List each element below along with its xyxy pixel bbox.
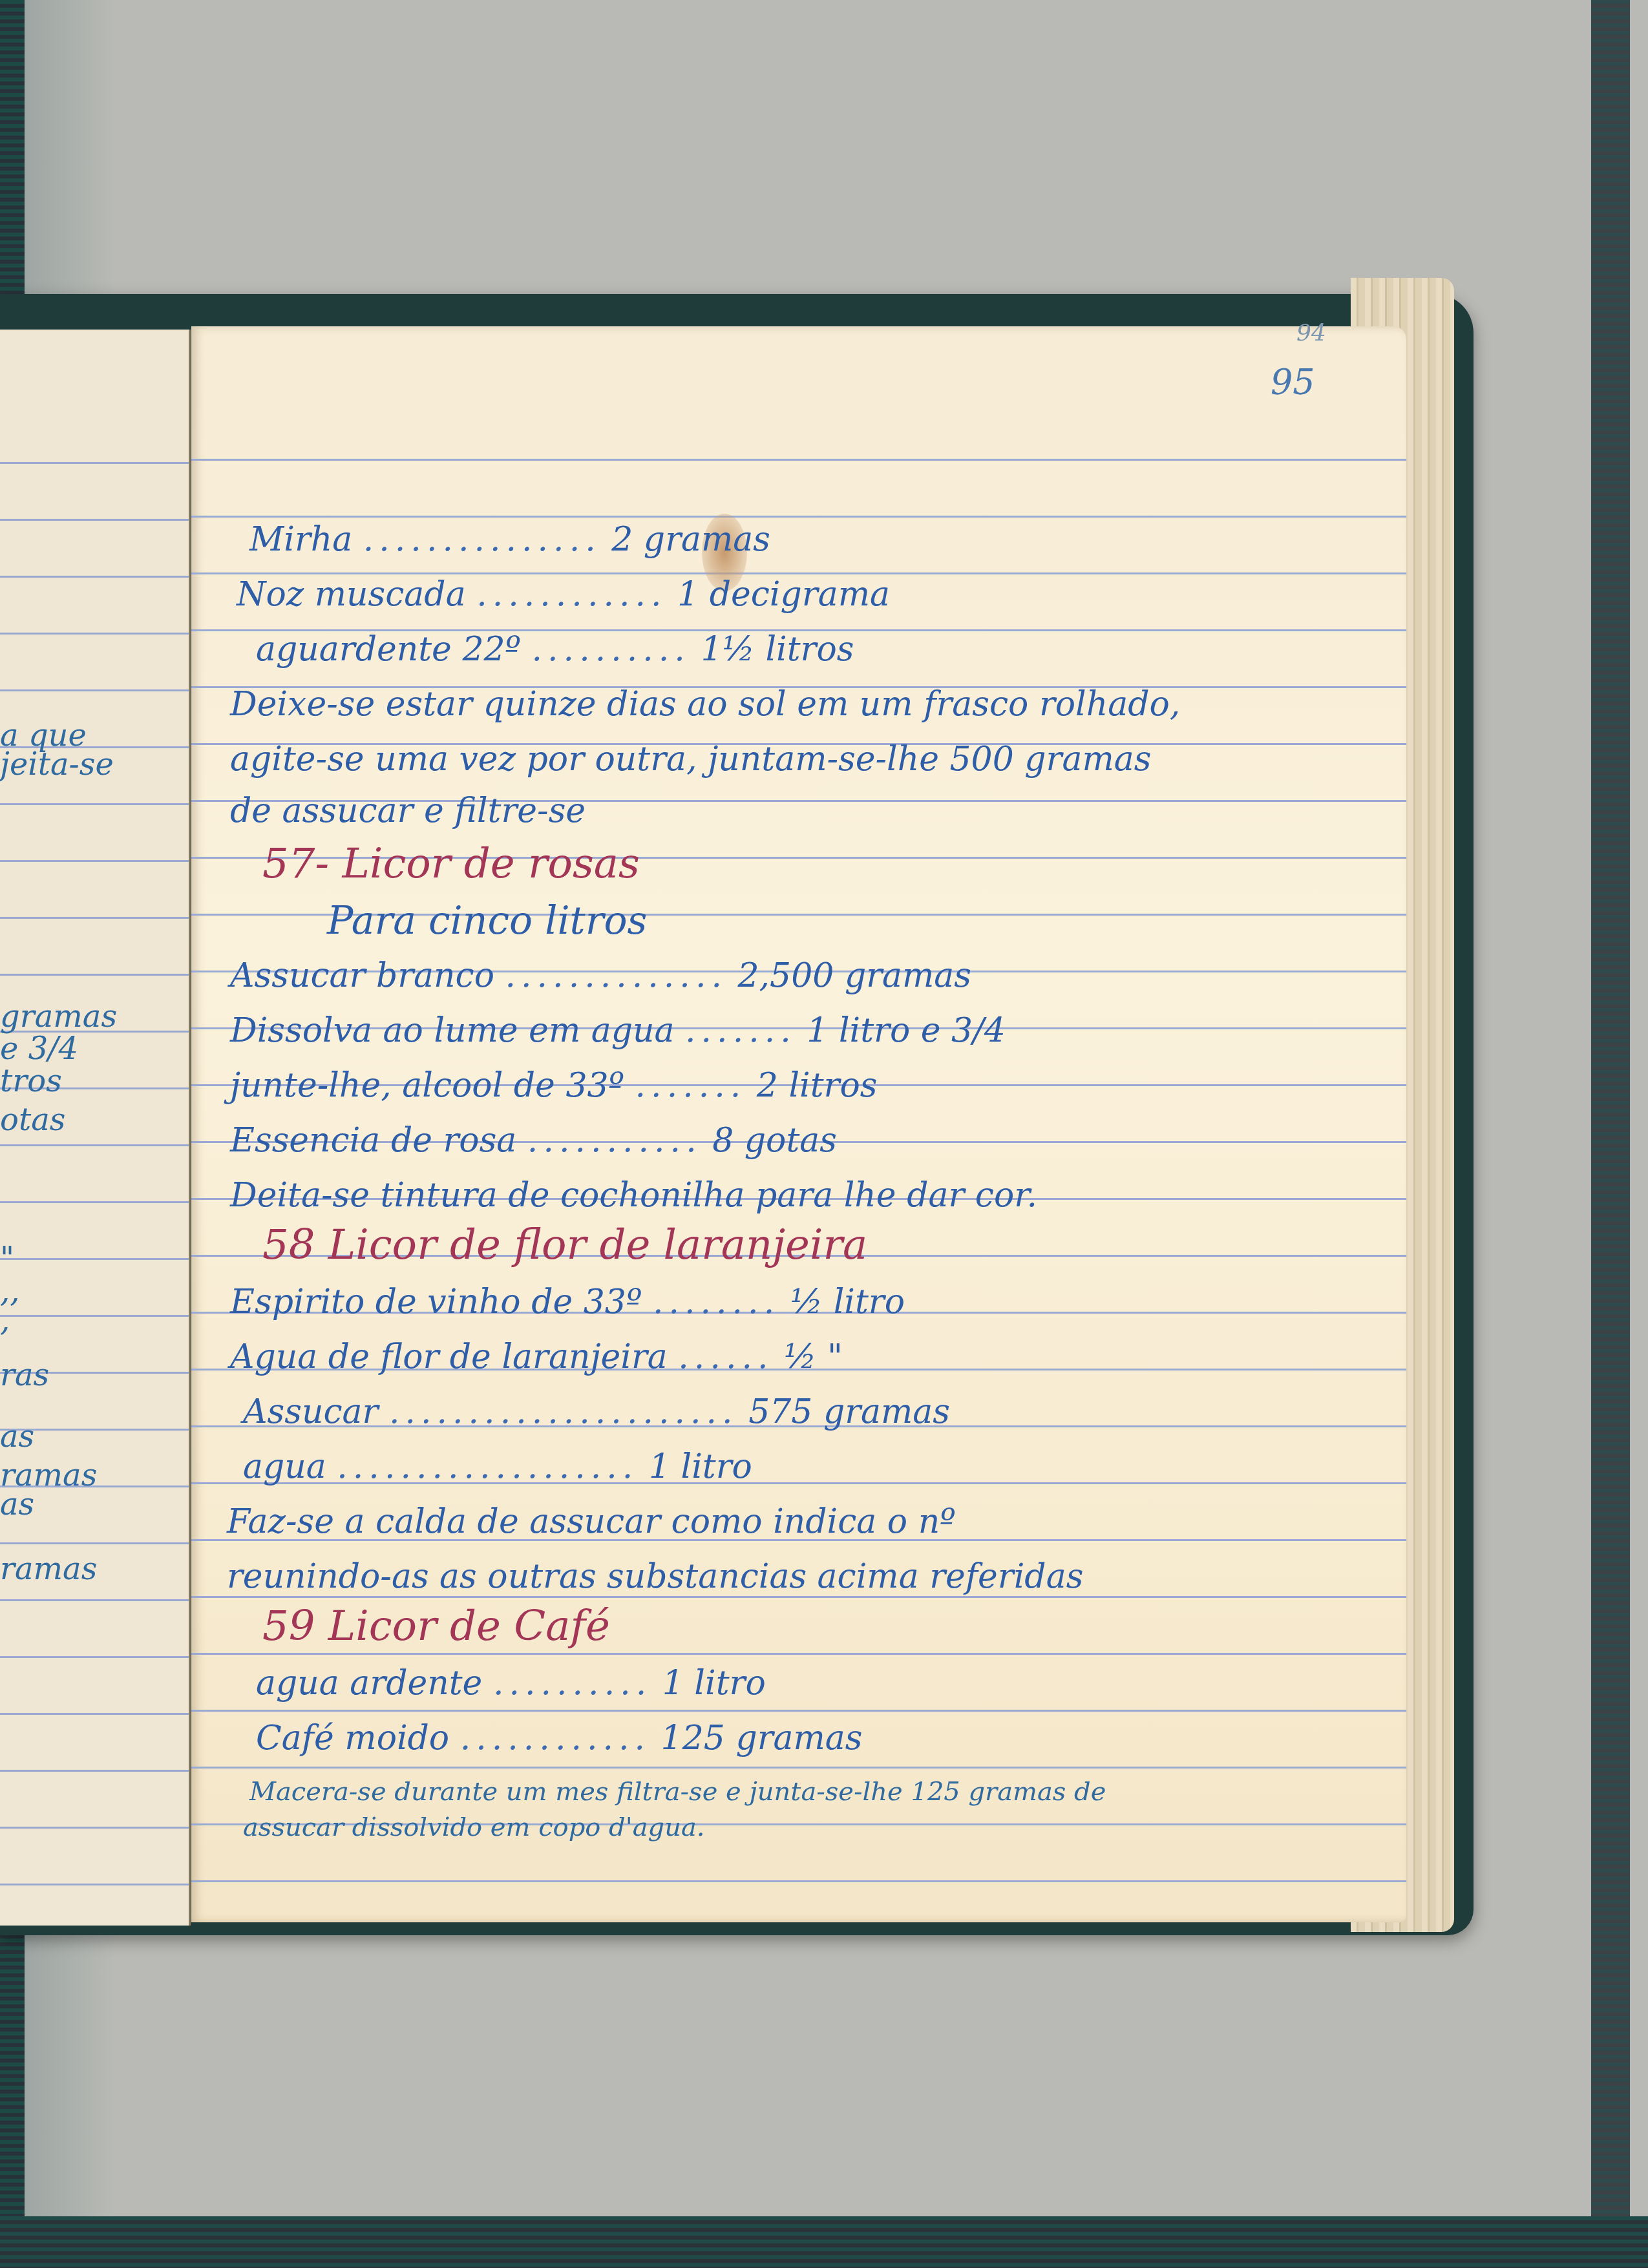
leader-dots: ..........: [493, 1664, 651, 1703]
ingredient-row: Assucar ...................... 575 grama…: [243, 1392, 950, 1431]
instruction-line: reunindo-as as outras substancias acima …: [227, 1557, 1083, 1596]
scan-edge-bottom: [0, 2216, 1648, 2268]
ingredient-name: junte-lhe, alcool de 33º: [230, 1066, 624, 1105]
ingredient-qty: 1 litro: [649, 1447, 752, 1486]
ingredient-row: Assucar branco .............. 2,500 gram…: [230, 956, 971, 995]
left-fragment: ras: [0, 1357, 49, 1393]
instruction-line: Faz-se a calda de assucar como indica o …: [227, 1502, 956, 1541]
left-fragment: e 3/4: [0, 1031, 78, 1067]
leader-dots: ...........: [527, 1121, 702, 1160]
left-fragment: otas: [0, 1102, 65, 1138]
ingredient-name: Assucar branco: [230, 956, 494, 995]
leader-dots: ...............: [363, 520, 601, 559]
ingredient-name: agua ardente: [256, 1664, 482, 1703]
faint-previous-page-number: 94: [1296, 320, 1326, 346]
recipe-title: 58 Licor de flor de laranjeira: [262, 1221, 867, 1269]
ingredient-name: Café moido: [256, 1719, 449, 1758]
leader-dots: .......: [685, 1011, 796, 1050]
leader-dots: ............: [476, 575, 666, 614]
ingredient-name: agua: [243, 1447, 326, 1486]
ingredient-name: Noz muscada: [237, 575, 466, 614]
page-number: 95: [1271, 362, 1315, 403]
ingredient-row: junte-lhe, alcool de 33º ....... 2 litro…: [230, 1066, 877, 1105]
ingredient-qty: 1 litro: [662, 1664, 766, 1703]
ingredient-name: Dissolva ao lume em agua: [230, 1011, 675, 1050]
ingredient-qty: 2 gramas: [611, 520, 770, 559]
ingredient-qty: 125 gramas: [661, 1719, 863, 1758]
ingredient-row: aguardente 22º .......... 1½ litros: [256, 630, 854, 669]
ingredient-qty: 1½ litros: [701, 630, 854, 669]
instruction-line: assucar dissolvido em copo d'agua.: [243, 1812, 704, 1842]
left-fragment: jeita-se: [0, 746, 114, 782]
instruction-line: agite-se uma vez por outra, juntam-se-lh…: [230, 740, 1151, 779]
left-fragment: ": [0, 1241, 14, 1277]
ingredient-qty: 8 gotas: [712, 1121, 837, 1160]
left-fragment: gramas: [0, 998, 117, 1034]
ingredient-qty: 575 gramas: [748, 1392, 950, 1431]
ingredient-row: agua ................... 1 litro: [243, 1447, 752, 1486]
leader-dots: ..........: [532, 630, 690, 669]
ingredient-name: Mirha: [249, 520, 352, 559]
ingredient-qty: ½ ": [784, 1338, 843, 1376]
recipe-title: 59 Licor de Café: [262, 1602, 610, 1650]
left-fragment: tros: [0, 1063, 62, 1099]
left-fragment: ,: [0, 1302, 10, 1338]
leader-dots: ......: [678, 1338, 773, 1376]
instruction-line: Macera-se durante um mes filtra-se e jun…: [249, 1777, 1106, 1807]
ruled-lines: [0, 407, 189, 1900]
ingredient-row: Noz muscada ............ 1 decigrama: [237, 575, 890, 614]
ingredient-qty: 1 litro e 3/4: [807, 1011, 1005, 1050]
left-page: a que jeita-se gramas e 3/4 tros otas " …: [0, 330, 191, 1926]
ingredient-qty: 2,500 gramas: [737, 956, 971, 995]
recipe-title: 57- Licor de rosas: [262, 840, 640, 888]
ingredient-name: aguardente 22º: [256, 630, 521, 669]
leader-dots: .......: [635, 1066, 746, 1105]
leader-dots: ............: [460, 1719, 650, 1758]
ingredient-row: Café moido ............ 125 gramas: [256, 1719, 863, 1758]
ingredient-row: Agua de flor de laranjeira ...... ½ ": [230, 1338, 843, 1376]
left-fragment: as: [0, 1418, 34, 1454]
leader-dots: ...................: [337, 1447, 638, 1486]
instruction-line: Deita-se tintura de cochonilha para lhe …: [230, 1176, 1037, 1215]
ingredient-qty: 2 litros: [757, 1066, 878, 1105]
ingredient-row: Dissolva ao lume em agua ....... 1 litro…: [230, 1011, 1006, 1050]
scan-edge-right: [1591, 0, 1630, 2268]
instruction-line: Deixe-se estar quinze dias ao sol em um …: [230, 685, 1180, 724]
ingredient-name: Agua de flor de laranjeira: [230, 1338, 668, 1376]
ingredient-name: Assucar: [243, 1392, 378, 1431]
ingredient-name: Essencia de rosa: [230, 1121, 516, 1160]
ingredient-name: Espirito de vinho de 33º: [230, 1283, 642, 1321]
leader-dots: ........: [653, 1283, 779, 1321]
left-fragment: as: [0, 1486, 34, 1522]
ingredient-row: agua ardente .......... 1 litro: [256, 1664, 766, 1703]
instruction-line: de assucar e filtre-se: [230, 792, 586, 830]
right-page: 94 95 Mirha ............... 2 gramas Noz…: [191, 326, 1406, 1922]
ingredient-row: Espirito de vinho de 33º ........ ½ litr…: [230, 1283, 905, 1321]
leader-dots: ..............: [505, 956, 727, 995]
left-fragment: ramas: [0, 1551, 97, 1587]
leader-dots: ......................: [389, 1392, 738, 1431]
ingredient-row: Essencia de rosa ........... 8 gotas: [230, 1121, 837, 1160]
ingredient-row: Mirha ............... 2 gramas: [249, 520, 770, 559]
recipe-subtitle: Para cinco litros: [327, 898, 647, 943]
ingredient-qty: 1 decigrama: [677, 575, 890, 614]
ingredient-qty: ½ litro: [790, 1283, 905, 1321]
